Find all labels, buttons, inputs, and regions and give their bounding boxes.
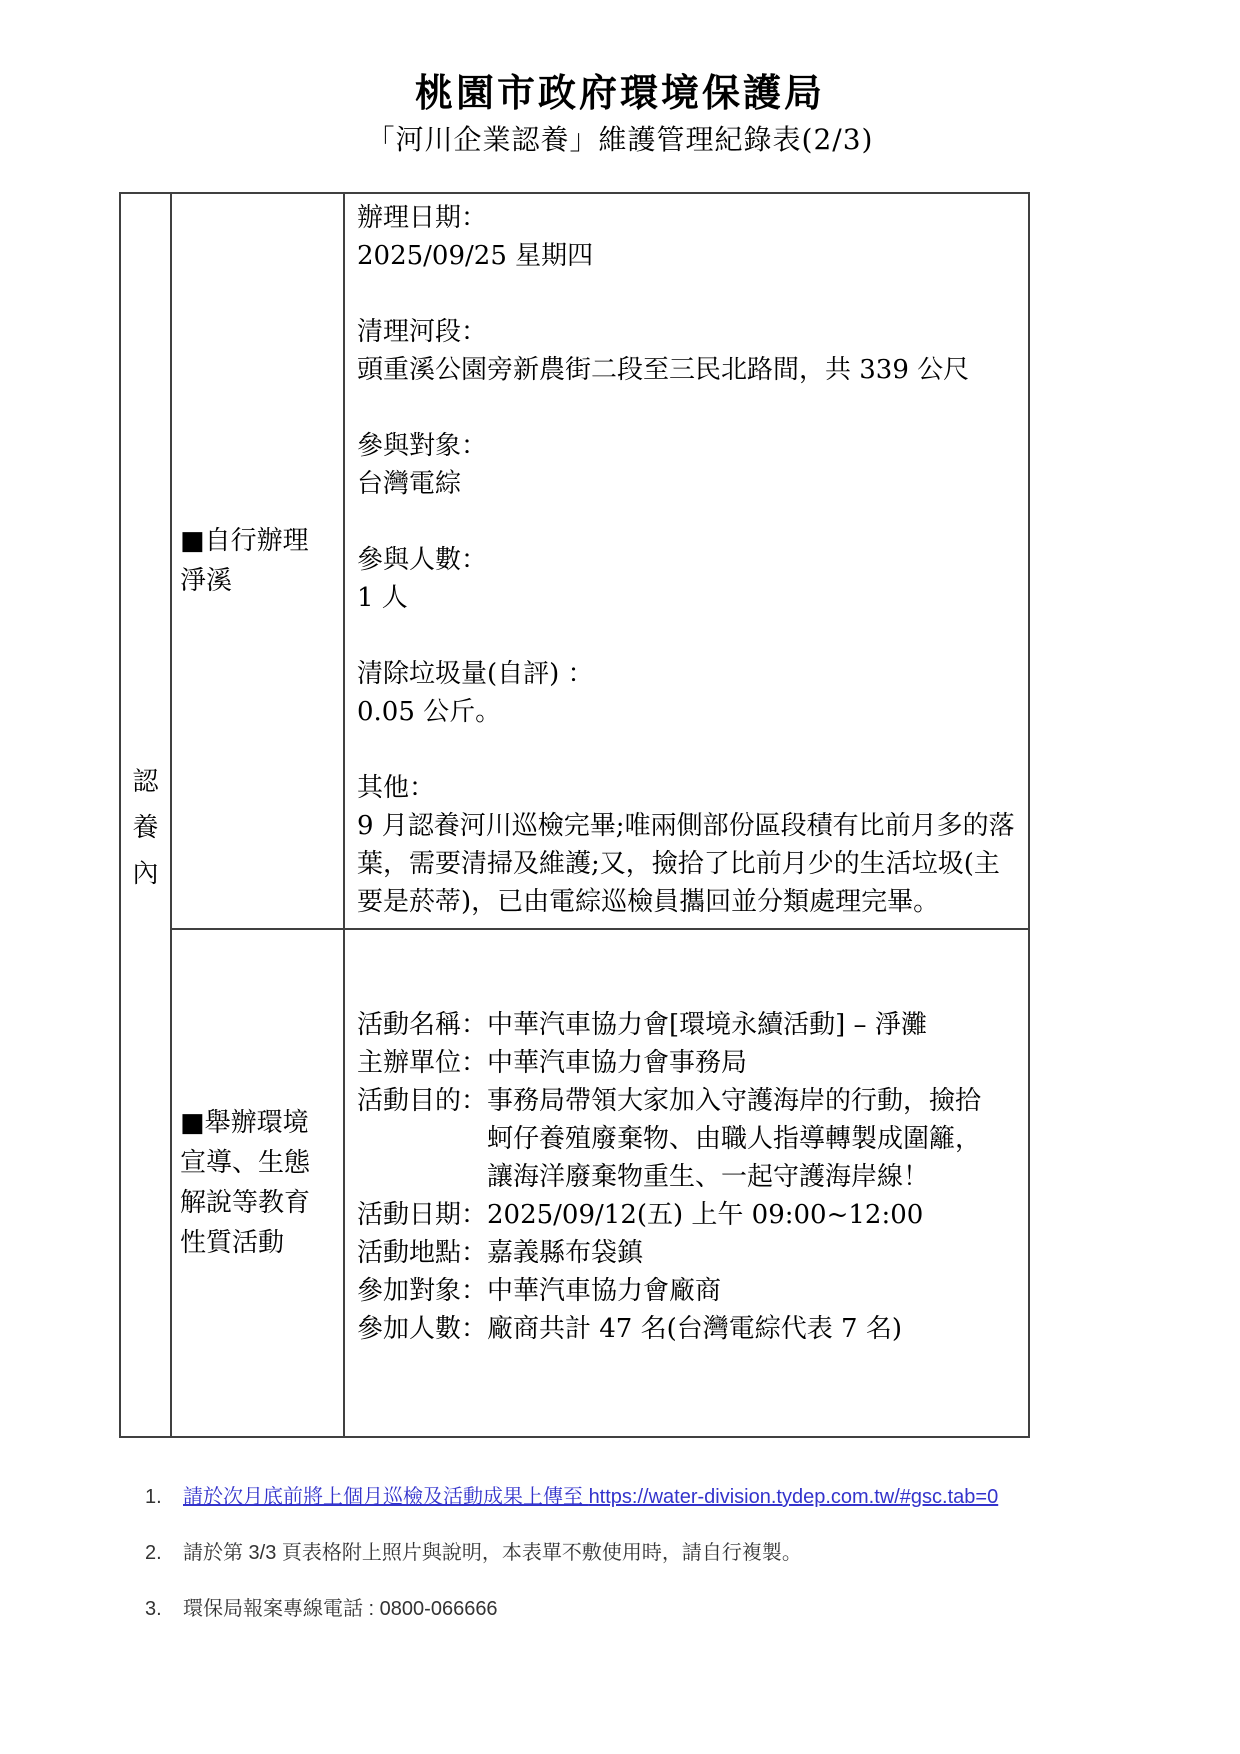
note-text: 請於第 3/3 頁表格附上照片與說明，本表單不敷使用時，請自行複製。 (183, 1538, 802, 1568)
adoption-group-label: 認 養 內 (121, 194, 172, 1436)
record-table: 認 養 內 ■自行辦理 淨溪 辦理日期： 2025/09/25 星期四 清理河段… (119, 192, 1030, 1438)
page-subtitle: 「河川企業認養」維護管理紀錄表(2/3) (0, 121, 1240, 159)
category-environmental-education-activity: ■舉辦環境 宣導、生態 解說等教育 性質活動 (172, 930, 345, 1436)
category-self-organized-river-cleanup: ■自行辦理 淨溪 (172, 194, 345, 930)
document-header: 桃園市政府環境保護局 「河川企業認養」維護管理紀錄表(2/3) (0, 70, 1240, 159)
note-item-upload: 1. 請於次月底前將上個月巡檢及活動成果上傳至 https://water-di… (145, 1482, 1125, 1512)
upload-link-text: 請於次月底前將上個月巡檢及活動成果上傳至 (183, 1486, 589, 1508)
note-item-hotline: 3. 環保局報案專線電話 : 0800-066666 (145, 1594, 1125, 1624)
note-item-photos: 2. 請於第 3/3 頁表格附上照片與說明，本表單不敷使用時，請自行複製。 (145, 1538, 1125, 1568)
footer-notes: 1. 請於次月底前將上個月巡檢及活動成果上傳至 https://water-di… (145, 1482, 1125, 1650)
note-text: 環保局報案專線電話 : 0800-066666 (183, 1594, 498, 1624)
note-number: 3. (145, 1594, 183, 1624)
upload-link-url: https://water-division.tydep.com.tw/#gsc… (589, 1486, 999, 1508)
note-number: 1. (145, 1482, 183, 1512)
self-cleanup-record-details: 辦理日期： 2025/09/25 星期四 清理河段： 頭重溪公園旁新農街二段至三… (345, 194, 1028, 930)
upload-results-link[interactable]: 請於次月底前將上個月巡檢及活動成果上傳至 https://water-divis… (183, 1482, 998, 1512)
page-title: 桃園市政府環境保護局 (0, 70, 1240, 116)
education-activity-record-details: 活動名稱：中華汽車協力會[環境永續活動] – 淨灘 主辦單位：中華汽車協力會事務… (345, 930, 1028, 1436)
note-number: 2. (145, 1538, 183, 1568)
